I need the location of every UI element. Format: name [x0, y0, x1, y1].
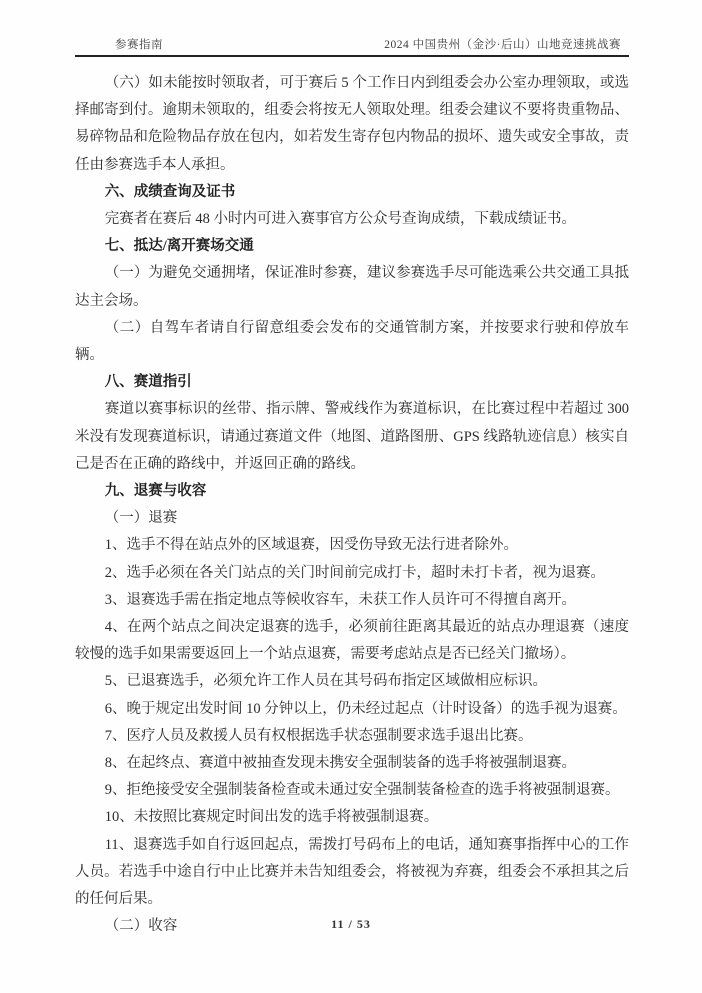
header-doc-title: 参赛指南	[75, 36, 163, 52]
header-divider	[75, 55, 629, 57]
paragraph: 3、退赛选手需在指定地点等候收容车，未获工作人员许可不得擅自离开。	[75, 587, 629, 614]
paragraph: （一）退赛	[75, 505, 629, 532]
paragraph: 4、在两个站点之间决定退赛的选手，必须前往距离其最近的站点办理退赛（速度较慢的选…	[75, 614, 629, 668]
section-heading: 九、退赛与收容	[75, 478, 629, 505]
paragraph: 5、已退赛选手，必须允许工作人员在其号码布指定区域做相应标识。	[75, 668, 629, 695]
page-footer: 11 / 53	[0, 917, 702, 932]
paragraph: 7、医疗人员及救援人员有权根据选手状态强制要求选手退出比赛。	[75, 723, 629, 750]
paragraph: （二）自驾车者请自行留意组委会发布的交通管制方案，并按要求行驶和停放车辆。	[75, 315, 629, 369]
paragraph: 2、选手必须在各关门站点的关门时间前完成打卡，超时未打卡者，视为退赛。	[75, 560, 629, 587]
section-heading: 七、抵达/离开赛场交通	[75, 233, 629, 260]
page-number: 11 / 53	[331, 917, 371, 931]
paragraph: 10、未按照比赛规定时间出发的选手将被强制退赛。	[75, 804, 629, 831]
paragraph: 1、选手不得在站点外的区域退赛，因受伤导致无法行进者除外。	[75, 532, 629, 559]
document-body: （六）如未能按时领取者，可于赛后 5 个工作日内到组委会办公室办理领取，或选择邮…	[75, 70, 629, 941]
paragraph: 6、晚于规定出发时间 10 分钟以上，仍未经过起点（计时设备）的选手视为退赛。	[75, 696, 629, 723]
paragraph: 11、退赛选手如自行返回起点，需拨打号码布上的电话，通知赛事指挥中心的工作人员。…	[75, 832, 629, 914]
paragraph: （一）为避免交通拥堵，保证准时参赛，建议参赛选手尽可能选乘公共交通工具抵达主会场…	[75, 260, 629, 314]
page-header: 参赛指南 2024 中国贵州（金沙·后山）山地竞速挑战赛	[75, 36, 629, 52]
header-event-title: 2024 中国贵州（金沙·后山）山地竞速挑战赛	[384, 36, 629, 52]
paragraph: 9、拒绝接受安全强制装备检查或未通过安全强制装备检查的选手将被强制退赛。	[75, 777, 629, 804]
paragraph: 赛道以赛事标识的丝带、指示牌、警戒线作为赛道标识，在比赛过程中若超过 300 米…	[75, 396, 629, 478]
paragraph: 完赛者在赛后 48 小时内可进入赛事官方公众号查询成绩，下载成绩证书。	[75, 206, 629, 233]
paragraph: （六）如未能按时领取者，可于赛后 5 个工作日内到组委会办公室办理领取，或选择邮…	[75, 70, 629, 179]
section-heading: 八、赛道指引	[75, 369, 629, 396]
section-heading: 六、成绩查询及证书	[75, 179, 629, 206]
document-page: 参赛指南 2024 中国贵州（金沙·后山）山地竞速挑战赛 （六）如未能按时领取者…	[0, 0, 702, 993]
paragraph: 8、在起终点、赛道中被抽查发现未携安全强制装备的选手将被强制退赛。	[75, 750, 629, 777]
